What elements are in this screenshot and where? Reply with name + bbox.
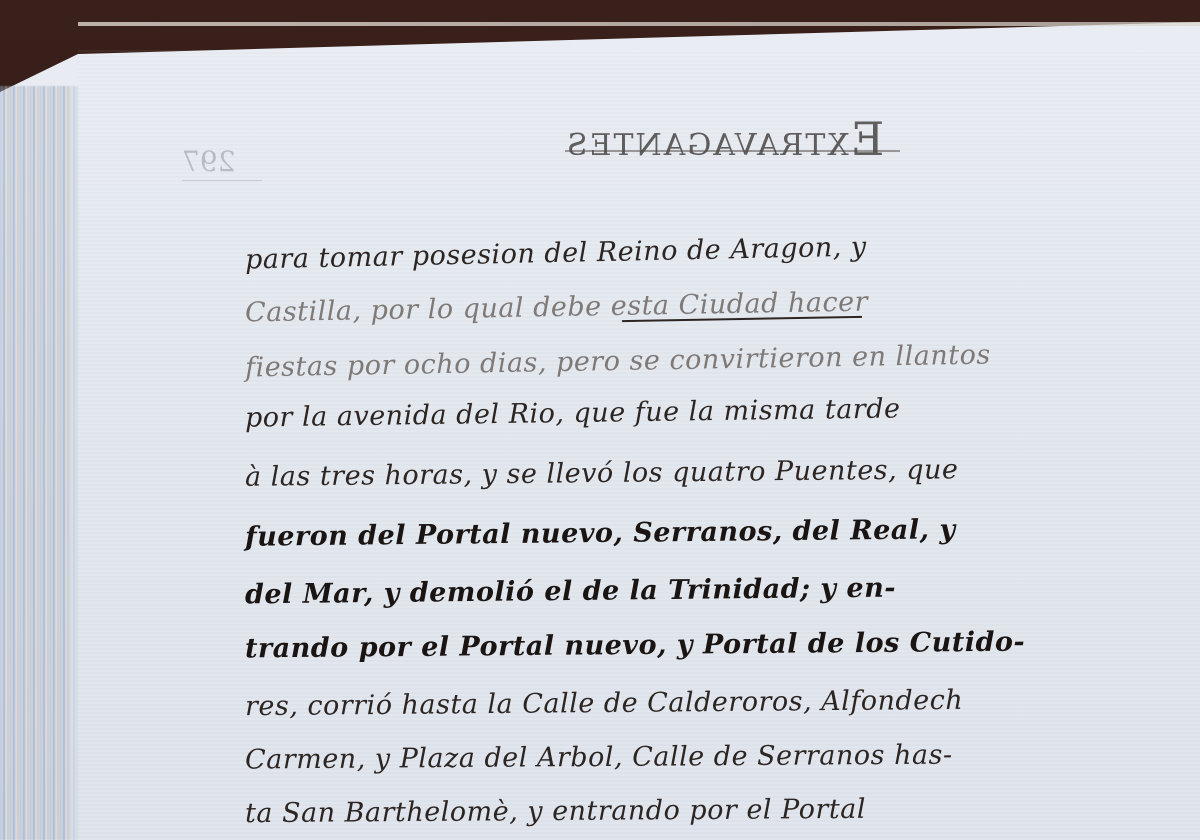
page-number-underline — [182, 180, 262, 181]
manuscript-line-9: res, corrió hasta la Calle de Calderoros… — [245, 685, 963, 722]
heading-rest: XTRAVAGANTES — [565, 128, 849, 163]
heading-initial: E — [849, 112, 885, 166]
heading-underline — [565, 150, 900, 152]
manuscript-line-11: ta San Barthelomè, y entrando por el Por… — [245, 794, 866, 829]
bleed-through-heading: EXTRAVAGANTES — [565, 112, 884, 166]
stacked-page-edges — [0, 86, 78, 840]
page-top-edge — [78, 22, 1200, 26]
bleed-through-page-number: 297 — [182, 145, 235, 178]
manuscript-line-10: Carmen, y Plaza del Arbol, Calle de Serr… — [245, 740, 953, 776]
